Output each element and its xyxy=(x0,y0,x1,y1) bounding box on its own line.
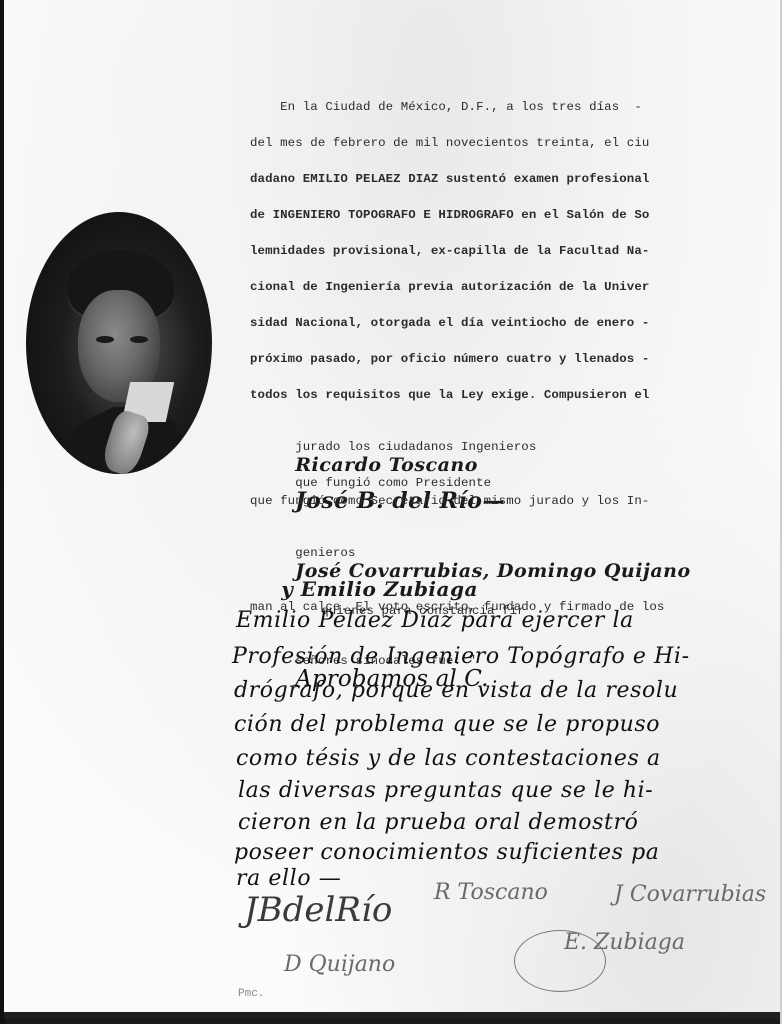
typed-line: cional de Ingeniería previa autorización… xyxy=(250,278,649,296)
verdict-line: como tésis y de las contestaciones a xyxy=(236,746,661,771)
typed-line: lemnidades provisional, ex-capilla de la… xyxy=(250,242,649,260)
signature-flourish xyxy=(514,930,606,992)
typed-line: del mes de febrero de mil novecientos tr… xyxy=(250,134,649,152)
verdict-line: ción del problema que se le propuso xyxy=(234,712,660,737)
typed-line: dadano EMILIO PELAEZ DIAZ sustentó exame… xyxy=(250,170,649,188)
signature-quijano: D Quijano xyxy=(284,952,395,977)
signatures-block: JBdelRío R Toscano J Covarrubias D Quija… xyxy=(194,860,782,1020)
verdict-line: Profesión de Ingeniero Topógrafo e Hi- xyxy=(232,644,690,669)
portrait-eye-right xyxy=(130,336,148,343)
president-role-line: que fungió como Presidente José B. del R… xyxy=(250,456,505,474)
document-page: En la Ciudad de México, D.F., a los tres… xyxy=(4,0,780,1018)
secretary-role-line: que fungió como Secretario del mismo jur… xyxy=(250,492,649,510)
typed-line: sidad Nacional, otorgada el día veintioc… xyxy=(250,314,649,332)
typed-line: todos los requisitos que la Ley exige. C… xyxy=(250,386,649,404)
footer-mark: Pmc. xyxy=(238,988,264,1000)
jury-intro-line: jurado los ciudadanos Ingenieros Ricardo… xyxy=(250,420,536,438)
portrait-photo xyxy=(26,212,212,474)
signature-president: R Toscano xyxy=(434,880,548,905)
verdict-line: cieron en la prueba oral demostró xyxy=(238,810,638,835)
verdict-line: drógrafo, porque en vista de la resolu xyxy=(234,678,678,703)
typed-line: próximo pasado, por oficio número cuatro… xyxy=(250,350,649,368)
signature-covarrubias: J Covarrubias xyxy=(614,882,766,907)
jury-intro: jurado los ciudadanos Ingenieros xyxy=(295,440,536,454)
verdict-line: Emilio Peláez Díaz para ejercer la xyxy=(236,608,634,633)
verdict-line: las diversas preguntas que se le hi- xyxy=(238,778,653,803)
members-prefix: genieros xyxy=(295,546,355,560)
members-line-2: y Emilio Zubiaga quienes para constancia… xyxy=(236,562,525,580)
typed-line: En la Ciudad de México, D.F., a los tres… xyxy=(250,98,642,116)
portrait-eye-left xyxy=(96,336,114,343)
signature-secretary: JBdelRío xyxy=(244,890,392,930)
typed-line: de INGENIERO TOPOGRAFO E HIDROGRAFO en e… xyxy=(250,206,649,224)
members-line-1: genieros José Covarrubias, Domingo Quija… xyxy=(250,526,691,544)
